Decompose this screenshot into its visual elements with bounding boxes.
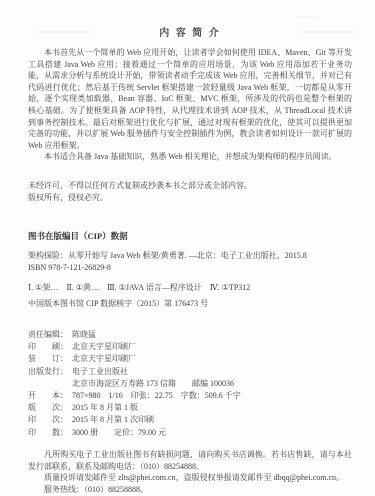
publication-label: [28, 378, 72, 390]
publication-value: 2015 年 8 月第 1 次印刷: [72, 414, 154, 426]
publication-value: 陈晓猛: [72, 329, 96, 341]
publication-value: 787×980 1/16 印张：22.75 字数：509.6 千字: [72, 390, 241, 402]
publication-label: 装 订：: [28, 353, 72, 365]
publication-value: 2015 年 8 月第 1 版: [72, 402, 138, 414]
service-hotline-paragraph: 服务热线：（010）88258888。: [28, 484, 352, 496]
publication-row-print-run-price: 印 数： 3000 册 定价：79.00 元: [28, 427, 352, 439]
publication-value: 3000 册 定价：79.00 元: [72, 427, 166, 439]
publication-label: 印 次：: [28, 414, 72, 426]
publication-label: 开 本：: [28, 390, 72, 402]
publication-row-edition: 版 次： 2015 年 8 月第 1 版: [28, 402, 352, 414]
scan-artifact: [299, 31, 357, 33]
book-copyright-page: 内 容 简 介 本书首先从一个简单的 Web 应用开始，让读者学会如何使用 ID…: [0, 0, 375, 496]
scan-artifact: [150, 459, 332, 460]
cip-catalog-entry: 架构探险：从零开始写 Java Web 框架/黄勇著. —北京：电子工业出版社，…: [28, 250, 352, 262]
publication-row-impression: 印 次： 2015 年 8 月第 1 次印刷: [28, 414, 352, 426]
publication-row-editor: 责任编辑： 陈晓猛: [28, 329, 352, 341]
complaint-email-paragraph: 质量投诉请发邮件至 zlts@phei.com.cn，盗版侵权举报请发邮件至 d…: [28, 472, 352, 484]
cip-heading: 图书在版编目（CIP）数据: [28, 230, 352, 242]
intro-paragraph: 本书首先从一个简单的 Web 应用开始，让读者学会如何使用 IDEA、Maven…: [28, 47, 352, 151]
publication-value: 北京市海淀区万寿路 173 信箱 邮编 100036: [72, 378, 234, 390]
cip-record-number: 中国版本图书馆 CIP 数据核字（2015）第 176473 号: [28, 298, 352, 310]
publication-row-printer: 印 刷： 北京天宇星印刷厂: [28, 341, 352, 353]
publication-row-address: 北京市海淀区万寿路 173 信箱 邮编 100036: [28, 378, 352, 390]
copyright-notice-line: 版权所有，侵权必究。: [28, 192, 352, 204]
scan-artifact: [296, 16, 318, 18]
publication-value: 北京天宇星印刷厂: [72, 353, 136, 365]
publication-label: 印 数：: [28, 427, 72, 439]
exchange-policy-paragraph: 凡所购买电子工业出版社图书有缺损问题，请向购买书店调换。若书店售缺，请与本社发行…: [28, 449, 352, 473]
publication-value: 电子工业出版社: [72, 366, 128, 378]
publication-label: 出版发行：: [28, 366, 72, 378]
copyright-notice-line: 未经许可，不得以任何方式复制或抄袭本书之部分或全部内容。: [28, 180, 352, 192]
publication-value: 北京天宇星印刷厂: [72, 341, 136, 353]
scan-artifact: [38, 31, 90, 33]
publication-row-format: 开 本： 787×980 1/16 印张：22.75 字数：509.6 千字: [28, 390, 352, 402]
publication-row-binder: 装 订： 北京天宇星印刷厂: [28, 353, 352, 365]
intro-suitability-paragraph: 本书适合具备 Java 基础知识，熟悉 Web 相关理论，并想成为架构师的程序员…: [28, 151, 352, 163]
publication-label: 版 次：: [28, 402, 72, 414]
publication-info: 责任编辑： 陈晓猛 印 刷： 北京天宇星印刷厂 装 订： 北京天宇星印刷厂 出版…: [28, 329, 352, 439]
publication-label: 责任编辑：: [28, 329, 72, 341]
publication-row-publisher: 出版发行： 电子工业出版社: [28, 366, 352, 378]
copyright-notice: 未经许可，不得以任何方式复制或抄袭本书之部分或全部内容。 版权所有，侵权必究。: [28, 180, 352, 204]
service-contact-note: 凡所购买电子工业出版社图书有缺损问题，请向购买书店调换。若书店售缺，请与本社发行…: [28, 449, 352, 496]
cip-classification: Ⅰ. ①架… Ⅱ. ①黄… Ⅲ. ①JAVA 语言—程序设计 Ⅳ. ①TP312: [28, 282, 352, 294]
publication-label: 印 刷：: [28, 341, 72, 353]
cip-isbn: ISBN 978-7-121-26829-8: [28, 262, 352, 274]
